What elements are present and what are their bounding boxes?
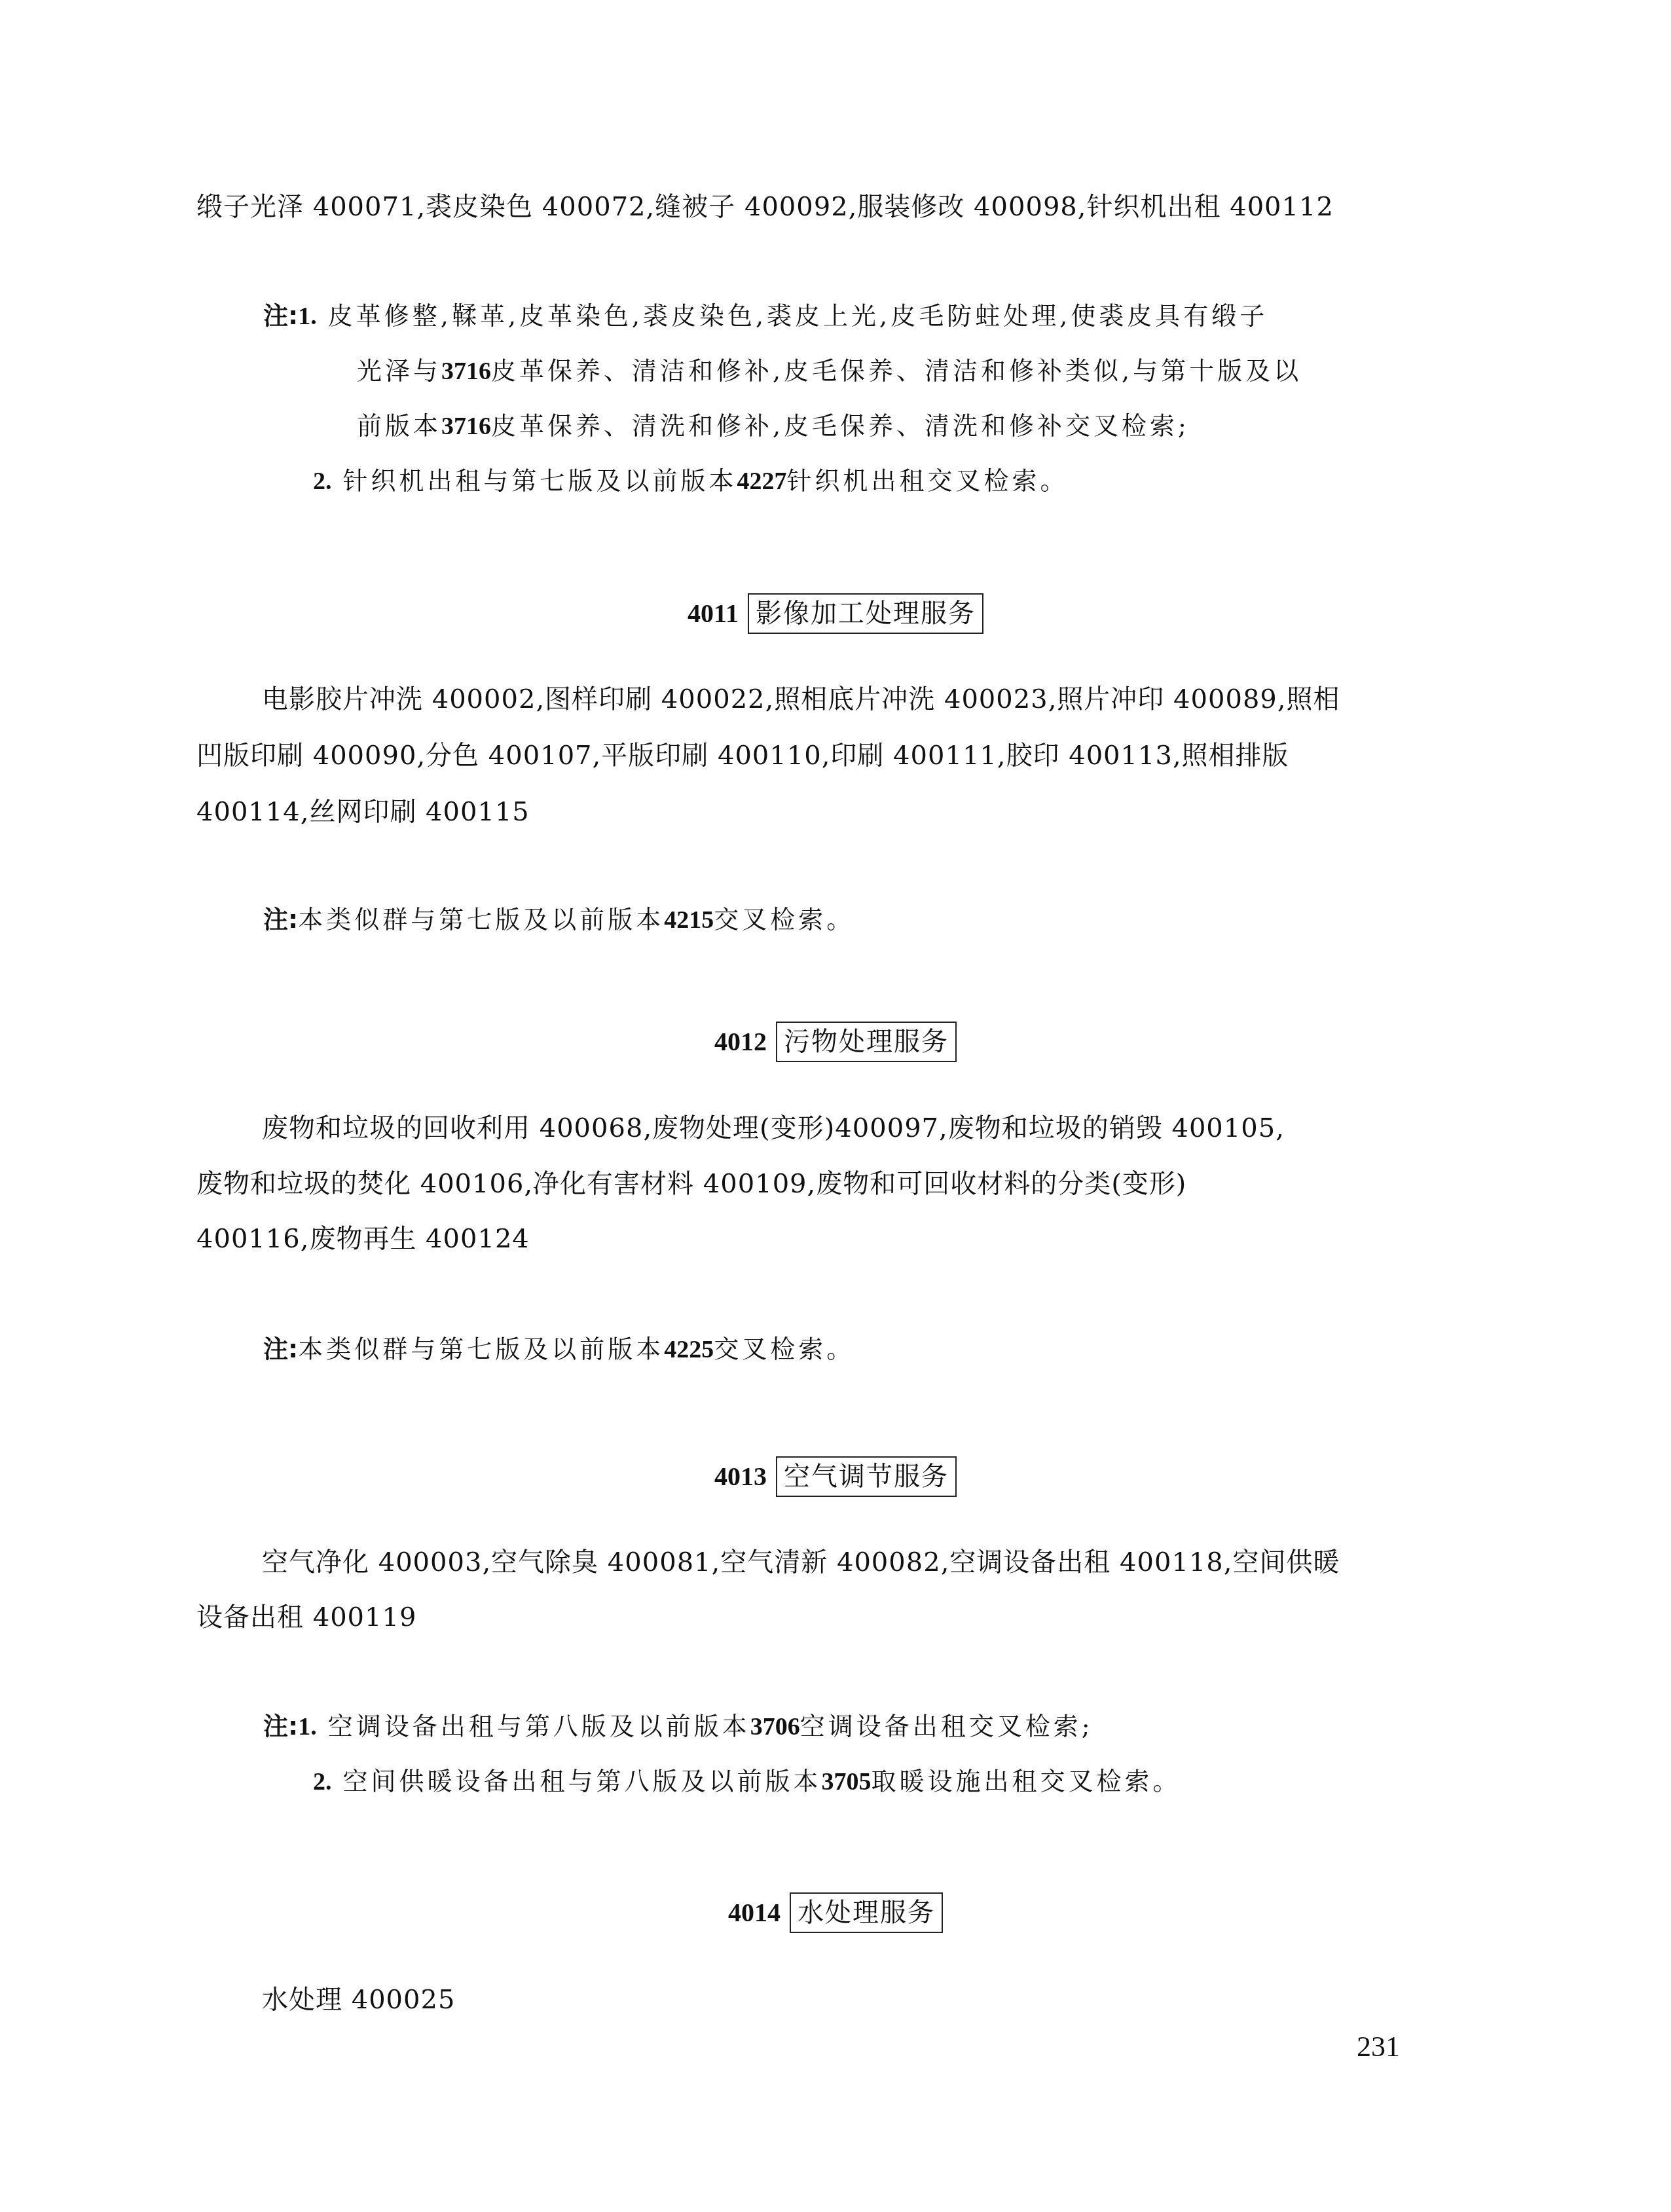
note-text: 本类似群与第七版及以前版本 xyxy=(298,905,664,934)
note-text: 取暖设施出租交叉检索。 xyxy=(872,1767,1181,1796)
note-label: 注: xyxy=(263,1335,298,1363)
section-heading-4014: 4014水处理服务 xyxy=(0,1892,1671,1933)
section-body-line: 设备出租 400119 xyxy=(196,1599,416,1636)
note-number: 2. xyxy=(313,468,332,495)
section-note: 注:本类似群与第七版及以前版本4225交叉检索。 xyxy=(263,1321,854,1377)
section-body-line: 水处理 400025 xyxy=(262,1982,455,2018)
section-body-line: 电影胶片冲洗 400002,图样印刷 400022,照相底片冲洗 400023,… xyxy=(262,681,1340,718)
class-code: 3706 xyxy=(750,1713,800,1741)
note-number: 1. xyxy=(298,303,317,330)
note-text: 交叉检索。 xyxy=(714,905,854,934)
note-text: 空间供暖设备出租与第八版及以前版本 xyxy=(343,1767,822,1796)
note-text: 空调设备出租与第八版及以前版本 xyxy=(328,1712,750,1741)
note-text: 皮革修整,鞣革,皮革染色,裘皮染色,裘皮上光,皮毛防蛀处理,使裘皮具有缎子 xyxy=(328,301,1268,330)
note-text: 前版本 xyxy=(357,411,441,440)
note-2: 2. 针织机出租与第七版及以前版本4227针织机出租交叉检索。 xyxy=(313,453,1069,509)
note-1-line-2: 光泽与3716皮革保养、清洁和修补,皮毛保养、清洁和修补类似,与第十版及以 xyxy=(357,343,1302,399)
section-note: 注:本类似群与第七版及以前版本4215交叉检索。 xyxy=(263,892,854,948)
note-number: 2. xyxy=(313,1768,332,1796)
note-1-line-1: 注:1. 皮革修整,鞣革,皮革染色,裘皮染色,裘皮上光,皮毛防蛀处理,使裘皮具有… xyxy=(263,288,1268,344)
note-number: 1. xyxy=(298,1713,317,1741)
section-body-line: 400114,丝网印刷 400115 xyxy=(196,794,530,830)
note-text: 皮革保养、清洁和修补,皮毛保养、清洁和修补类似,与第十版及以 xyxy=(491,356,1302,385)
class-code: 4225 xyxy=(664,1336,714,1363)
section-body-line: 空气净化 400003,空气除臭 400081,空气清新 400082,空调设备… xyxy=(262,1544,1340,1581)
section-heading-4011: 4011影像加工处理服务 xyxy=(0,593,1671,634)
section-code: 4014 xyxy=(728,1898,780,1927)
section-body-line: 废物和垃圾的焚化 400106,净化有害材料 400109,废物和可回收材料的分… xyxy=(196,1166,1186,1202)
document-page: 缎子光泽 400071,裘皮染色 400072,缝被子 400092,服装修改 … xyxy=(0,0,1671,2212)
class-code: 3716 xyxy=(441,358,491,385)
section-body-line: 废物和垃圾的回收利用 400068,废物处理(变形)400097,废物和垃圾的销… xyxy=(262,1110,1285,1147)
section-code: 4011 xyxy=(688,599,739,628)
section-heading-4012: 4012污物处理服务 xyxy=(0,1022,1671,1062)
class-code: 3705 xyxy=(822,1768,872,1796)
section-note-1: 注:1. 空调设备出租与第八版及以前版本3706空调设备出租交叉检索; xyxy=(263,1699,1093,1754)
note-text: 本类似群与第七版及以前版本 xyxy=(298,1335,664,1363)
section-title: 影像加工处理服务 xyxy=(748,593,983,634)
section-title: 空气调节服务 xyxy=(776,1456,957,1497)
note-1-line-3: 前版本3716皮革保养、清洗和修补,皮毛保养、清洗和修补交叉检索; xyxy=(357,398,1190,454)
note-text: 光泽与 xyxy=(357,356,441,385)
section-title: 污物处理服务 xyxy=(776,1022,957,1062)
section-code: 4012 xyxy=(714,1027,767,1056)
page-number: 231 xyxy=(1357,2030,1400,2063)
section-title: 水处理服务 xyxy=(790,1892,943,1933)
note-label: 注: xyxy=(263,301,298,330)
note-text: 皮革保养、清洗和修补,皮毛保养、清洗和修补交叉检索; xyxy=(491,411,1190,440)
section-body-line: 凹版印刷 400090,分色 400107,平版印刷 400110,印刷 400… xyxy=(196,737,1289,774)
note-text: 空调设备出租交叉检索; xyxy=(800,1712,1093,1741)
note-text: 交叉检索。 xyxy=(714,1335,854,1363)
section-note-2: 2. 空间供暖设备出租与第八版及以前版本3705取暖设施出租交叉检索。 xyxy=(313,1754,1181,1809)
section-body-line: 400116,废物再生 400124 xyxy=(196,1221,530,1257)
note-text: 针织机出租交叉检索。 xyxy=(787,466,1069,495)
section-code: 4013 xyxy=(714,1462,767,1491)
item-list-continuation: 缎子光泽 400071,裘皮染色 400072,缝被子 400092,服装修改 … xyxy=(196,189,1334,225)
note-label: 注: xyxy=(263,905,298,934)
section-heading-4013: 4013空气调节服务 xyxy=(0,1456,1671,1497)
class-code: 3716 xyxy=(441,413,491,440)
note-text: 针织机出租与第七版及以前版本 xyxy=(343,466,737,495)
note-label: 注: xyxy=(263,1712,298,1741)
class-code: 4215 xyxy=(664,906,714,934)
class-code: 4227 xyxy=(737,468,787,495)
